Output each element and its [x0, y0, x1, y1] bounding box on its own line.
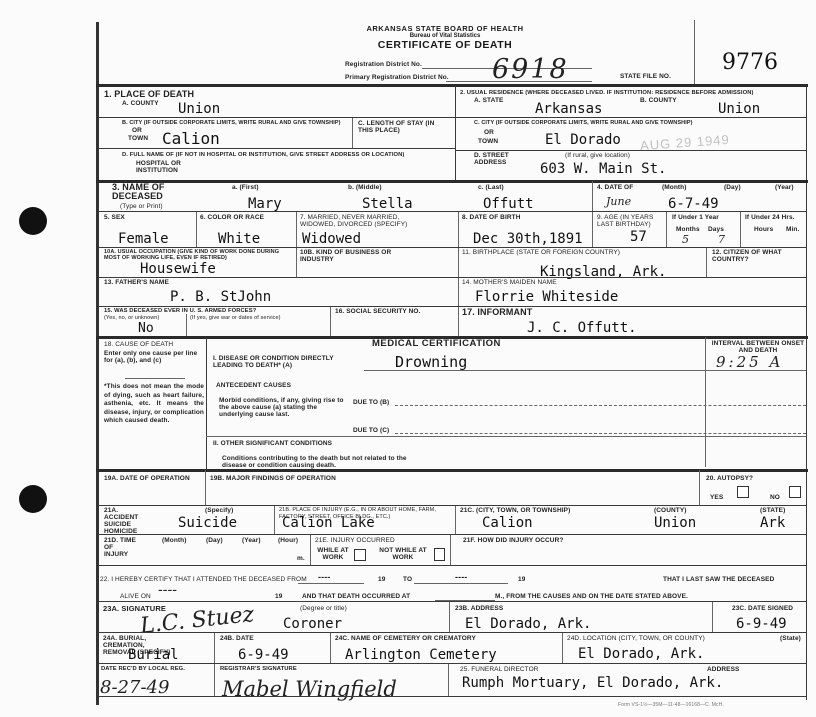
funeral-director-value: Rumph Mortuary, El Dorado, Ark. — [462, 676, 723, 690]
disease-label: I. DISEASE OR CONDITION DIRECTLY LEADING… — [213, 355, 363, 369]
at-work-checkbox[interactable] — [354, 549, 366, 561]
usual-residence-label: 2. USUAL RESIDENCE (Where deceased lived… — [460, 90, 754, 97]
race-value: White — [218, 232, 260, 246]
autopsy-no-checkbox[interactable] — [789, 486, 801, 498]
how-injury-label: 21f. HOW DID INJURY OCCUR? — [463, 537, 563, 544]
date-of-death-label: 4. DATE OF — [597, 184, 633, 191]
dob-value: Dec 30th,1891 — [473, 232, 583, 246]
hours-label: Hours — [754, 226, 773, 233]
autopsy-yes-label: YES — [710, 494, 723, 501]
marital-label: 7. MARRIED, NEVER MARRIED, WIDOWED, DIVO… — [300, 214, 410, 228]
res-city-or: OR — [484, 129, 494, 136]
not-at-work-checkbox[interactable] — [434, 548, 445, 561]
injury-state-value: Ark — [760, 516, 785, 530]
ssn-label: 16. SOCIAL SECURITY NO. — [335, 308, 421, 315]
autopsy-no-label: NO — [770, 494, 780, 501]
res-city-label: c. CITY (If outside corporate limits, wr… — [474, 120, 693, 127]
punch-hole-top — [19, 207, 47, 235]
pod-county-label: a. COUNTY — [122, 100, 159, 107]
age-value: 57 — [630, 230, 647, 244]
first-name-label: a. (First) — [232, 184, 259, 191]
injury-city-value: Calion — [482, 516, 533, 530]
cemetery-value: Arlington Cemetery — [345, 648, 497, 662]
injury-type-label: 21a. ACCIDENT SUICIDE HOMICIDE — [104, 507, 152, 535]
injury-time-day: (Day) — [206, 537, 223, 544]
primary-registration-label: Primary Registration District No. — [345, 74, 449, 81]
certify-to-label: TO — [403, 576, 412, 583]
race-label: 6. COLOR OR RACE — [200, 214, 264, 221]
age-label: 9. AGE (In years last birthday) — [597, 214, 657, 228]
res-county-label: b. COUNTY — [640, 97, 677, 104]
father-label: 13. FATHER'S NAME — [104, 279, 169, 286]
last-name-value: Offutt — [483, 197, 534, 211]
mother-value: Florrie Whiteside — [475, 290, 618, 304]
date-year-label: (Year) — [775, 184, 794, 191]
funeral-address-label: ADDRESS — [707, 666, 739, 673]
burial-date-value: 6-9-49 — [238, 648, 289, 662]
informant-label: 17. INFORMANT — [462, 308, 532, 317]
informant-value: J. C. Offutt. — [527, 321, 637, 335]
autopsy-label: 20. AUTOPSY? — [706, 475, 753, 482]
min-label: Min. — [786, 226, 799, 233]
degree-label: (Degree or title) — [300, 605, 347, 612]
injury-city-label: 21c. (CITY, TOWN, OR TOWNSHIP) — [460, 507, 570, 514]
injury-time-hour: (Hour) — [278, 537, 298, 544]
at-work-label: While At Work — [316, 547, 350, 561]
pod-city-value: Calion — [162, 132, 220, 146]
res-street-label: d. STREET ADDRESS — [474, 152, 514, 166]
injury-type-value: Suicide — [178, 516, 237, 530]
registrar-signature-label: REGISTRAR'S SIGNATURE — [220, 666, 297, 673]
pod-city-label: b. CITY (If outside corporate limits, wr… — [122, 120, 341, 127]
burial-state-label: (State) — [780, 635, 801, 642]
pod-county-value: Union — [178, 102, 220, 116]
date-month-value: June — [606, 195, 631, 208]
certify-alive-label: ALIVE ON — [120, 593, 151, 600]
months-label: Months — [676, 226, 700, 233]
burial-type-value: Burial — [128, 648, 179, 662]
agency-name: ARKANSAS STATE BOARD OF HEALTH — [330, 24, 560, 33]
interval-label: INTERVAL BETWEEN ONSET AND DEATH — [710, 340, 806, 354]
punch-hole-bottom — [19, 485, 47, 513]
burial-location-label: 24d. LOCATION (City, town, or county) — [567, 635, 705, 642]
certify-line2: AND THAT DEATH OCCURRED AT — [302, 593, 410, 600]
res-city-town: TOWN — [478, 138, 498, 145]
father-value: P. B. StJohn — [170, 290, 271, 304]
form-header: ARKANSAS STATE BOARD OF HEALTH Bureau of… — [330, 24, 560, 51]
last-name-label: c. (Last) — [478, 184, 504, 191]
pod-length-stay-label: c. LENGTH OF STAY (in this place) — [358, 120, 448, 134]
days-label: Days — [708, 226, 724, 233]
due-to-c-label: DUE TO (c) — [353, 427, 389, 434]
name-label: 3. NAME OF DECEASED — [112, 183, 192, 201]
res-state-value: Arkansas — [535, 102, 602, 116]
registration-district-label: Registration District No. — [345, 61, 422, 68]
res-street-hint: (If rural, give location) — [565, 152, 630, 159]
due-to-b-label: DUE TO (b) — [353, 399, 389, 406]
certify-line2-end: M., FROM THE CAUSES AND ON THE DATE STAT… — [495, 593, 688, 600]
certify-19a: 19 — [378, 576, 385, 583]
antecedent-label: ANTECEDENT CAUSES — [216, 382, 291, 389]
certify-alive-value: ---- — [158, 582, 177, 598]
under-1-year-label: If Under 1 Year — [672, 214, 719, 221]
injury-time-label: 21d. TIME OF INJURY — [104, 537, 136, 558]
place-of-death-label: 1. PLACE OF DEATH — [104, 90, 194, 99]
marital-value: Widowed — [302, 232, 361, 246]
injury-time-month: (Month) — [162, 537, 187, 544]
res-state-label: a. STATE — [474, 97, 503, 104]
not-at-work-label: Not While At Work — [375, 547, 431, 561]
cert-address-label: 23b. ADDRESS — [455, 605, 503, 612]
date-day-label: (Day) — [724, 184, 741, 191]
certify-to-value: ---- — [455, 574, 467, 581]
other-conditions-hint: Conditions contributing to the death but… — [222, 455, 407, 469]
disease-value: Drowning — [395, 355, 467, 369]
date-received-value: 8-27-49 — [100, 677, 169, 698]
registrar-signature: Mabel Wingfield — [222, 677, 397, 701]
certify-from-value: ---- — [318, 574, 330, 581]
first-name-value: Mary — [248, 197, 282, 211]
injury-county-value: Union — [654, 516, 696, 530]
cause-of-death-label: 18. CAUSE OF DEATH — [104, 341, 173, 348]
middle-name-label: b. (Middle) — [348, 184, 382, 191]
autopsy-yes-checkbox[interactable] — [737, 486, 749, 498]
injury-place-value: Calion Lake — [282, 516, 375, 530]
op-date-label: 19a. DATE OF OPERATION — [104, 475, 194, 482]
pod-hospital-label: d. FULL NAME OF (If not in hospital or i… — [122, 152, 404, 159]
funeral-director-label: 25. FUNERAL DIRECTOR — [460, 666, 539, 673]
date-signed-value: 6-9-49 — [736, 617, 787, 631]
burial-date-label: 24b. DATE — [220, 635, 254, 642]
pod-city-town: TOWN — [128, 135, 148, 142]
other-conditions-label: II. OTHER SIGNIFICANT CONDITIONS — [213, 440, 332, 447]
degree-value: Coroner — [283, 617, 342, 631]
cause-instructions: Enter only one cause per line for (a), (… — [104, 350, 202, 364]
pod-hospital-sub: HOSPITAL OR INSTITUTION — [136, 160, 186, 174]
occupation-value: Housewife — [140, 262, 216, 276]
sex-label: 5. SEX — [104, 214, 125, 221]
date-signed-label: 23c. DATE SIGNED — [732, 605, 793, 612]
days-value: 7 — [718, 233, 725, 246]
injury-type-specify: (Specify) — [205, 507, 233, 514]
form-number: Form VS-1½—35M—11-48—16168—C. McH. — [618, 702, 724, 709]
certify-19c: 19 — [275, 593, 282, 600]
sex-value: Female — [118, 232, 169, 246]
form-title: CERTIFICATE OF DEATH — [330, 39, 560, 51]
antecedent-hint: Morbid conditions, if any, giving rise t… — [219, 397, 347, 418]
dob-label: 8. DATE OF BIRTH — [462, 214, 521, 221]
date-of-death-value: 6-7-49 — [668, 197, 719, 211]
months-value: 5 — [682, 233, 689, 246]
op-findings-label: 19b. MAJOR FINDINGS OF OPERATION — [210, 475, 336, 482]
occupation-label: 10a. USUAL OCCUPATION (Give kind of work… — [104, 249, 294, 261]
certify-last-saw: THAT I LAST SAW THE DECEASED — [663, 576, 774, 583]
armed-forces-value: No — [138, 322, 154, 336]
cemetery-label: 24c. NAME OF CEMETERY OR CREMATORY — [335, 635, 476, 642]
armed-hint-service: (If yes, give war or dates of service) — [190, 315, 281, 322]
burial-location-value: El Dorado, Ark. — [578, 647, 704, 661]
under-24-hrs-label: If Under 24 Hrs. — [745, 214, 795, 221]
injury-county-label: (COUNTY) — [654, 507, 687, 514]
pod-city-or: OR — [132, 127, 142, 134]
res-city-value: El Dorado — [545, 133, 621, 147]
registration-district-value: 6918 — [492, 54, 569, 85]
business-label: 10b. KIND OF BUSINESS OR INDUSTRY — [300, 249, 415, 263]
mother-label: 14. MOTHER'S MAIDEN NAME — [462, 279, 557, 286]
cert-address-value: El Dorado, Ark. — [465, 617, 591, 631]
armed-forces-label: 15. WAS DECEASED EVER IN U. S. ARMED FOR… — [104, 308, 256, 315]
certify-line1: 22. I HEREBY CERTIFY THAT I ATTENDED THE… — [100, 576, 307, 583]
state-file-label: STATE FILE NO. — [620, 73, 671, 80]
state-file-value: 9776 — [722, 52, 778, 74]
date-month-label: (Month) — [662, 184, 687, 191]
injury-time-year: (Year) — [242, 537, 261, 544]
interval-value: 9:25 A — [716, 353, 783, 371]
res-street-value: 603 W. Main St. — [540, 162, 666, 176]
middle-name-value: Stella — [362, 197, 413, 211]
citizen-label: 12. CITIZEN OF WHAT COUNTRY? — [712, 249, 802, 263]
res-county-value: Union — [718, 102, 760, 116]
birthplace-label: 11. BIRTHPLACE (State or foreign country… — [462, 249, 620, 256]
medical-cert-title: MEDICAL CERTIFICATION — [372, 339, 501, 348]
injury-occurred-label: 21e. INJURY OCCURRED — [315, 537, 395, 544]
injury-state-label: (STATE) — [760, 507, 785, 514]
certify-19b: 19 — [518, 576, 525, 583]
name-hint: (Type or Print) — [120, 203, 163, 210]
injury-time-m: m. — [297, 555, 305, 562]
cause-note: *This does not mean the mode of dying, s… — [104, 383, 204, 426]
